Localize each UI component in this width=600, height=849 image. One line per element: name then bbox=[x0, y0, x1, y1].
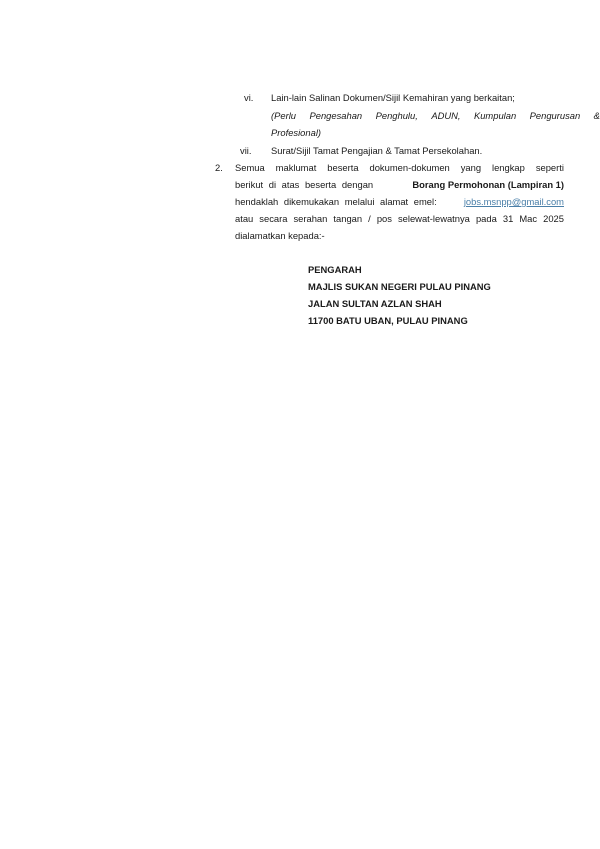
address-line3: JALAN SULTAN AZLAN SHAH bbox=[308, 298, 442, 310]
list-item-text-vii: Surat/Sijil Tamat Pengajian & Tamat Pers… bbox=[271, 145, 482, 157]
address-line1: PENGARAH bbox=[308, 264, 362, 276]
paragraph2-line5: dialamatkan kepada:- bbox=[235, 230, 325, 242]
list-item-note-line2: Profesional) bbox=[271, 127, 321, 139]
note-line1-text: (PerluPengesahanPenghulu,ADUN,KumpulanPe… bbox=[271, 110, 600, 122]
paragraph2-line1: Semuamaklumatbesertadokumen-dokumenyangl… bbox=[235, 162, 564, 174]
address-line2: MAJLIS SUKAN NEGERI PULAU PINANG bbox=[308, 281, 491, 293]
paragraph2-line3-prefix: hendaklah dikemukakan melalui alamat eme… bbox=[235, 196, 437, 208]
email-link[interactable]: jobs.msnpp@gmail.com bbox=[464, 196, 564, 208]
paragraph2-line2: berikut di atas beserta dengan Borang Pe… bbox=[235, 179, 564, 191]
list-marker-vii: vii. bbox=[240, 145, 251, 157]
paragraph2-line2-prefix: berikut di atas beserta dengan bbox=[235, 179, 373, 191]
borang-permohonan-text: Borang Permohonan (Lampiran 1) bbox=[412, 179, 564, 191]
paragraph2-line3: hendaklah dikemukakan melalui alamat eme… bbox=[235, 196, 564, 208]
list-item-note-line1: (PerluPengesahanPenghulu,ADUN,KumpulanPe… bbox=[271, 110, 600, 122]
paragraph2-line1-text: Semuamaklumatbesertadokumen-dokumenyangl… bbox=[235, 162, 564, 174]
paragraph2-line4-text: atausecaraserahantangan/posselewat-lewat… bbox=[235, 213, 564, 225]
paragraph-marker-2: 2. bbox=[215, 162, 223, 174]
address-line4: 11700 BATU UBAN, PULAU PINANG bbox=[308, 315, 468, 327]
list-marker-vi: vi. bbox=[244, 92, 253, 104]
list-item-text-vi: Lain-lain Salinan Dokumen/Sijil Kemahira… bbox=[271, 92, 515, 104]
paragraph2-line4: atausecaraserahantangan/posselewat-lewat… bbox=[235, 213, 564, 225]
